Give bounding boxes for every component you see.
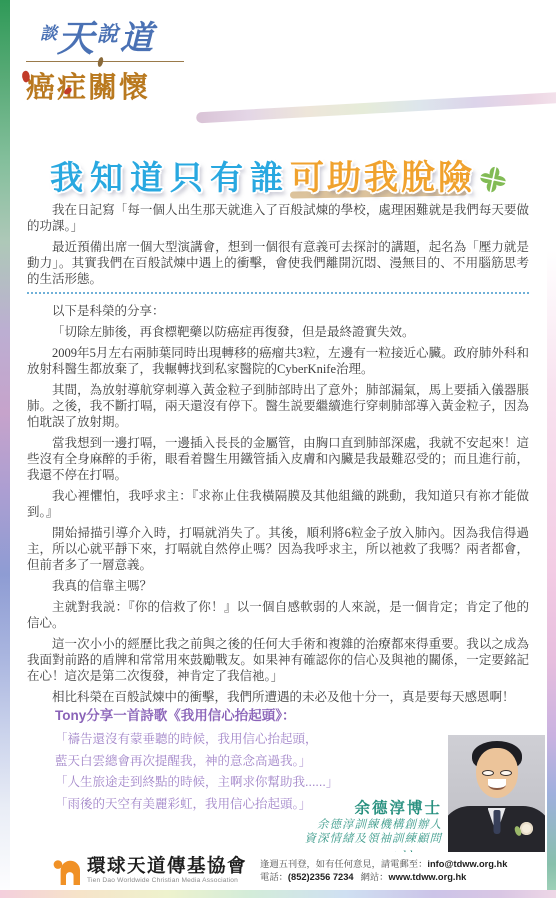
org-website-link[interactable]: www.tdww.org.hk xyxy=(388,872,466,882)
left-gradient-bar xyxy=(0,0,10,898)
paragraph: 當我想到一邊打嗝，一邊插入長長的金屬管，由胸口直到肺部深處，我就不安起來！這些沒… xyxy=(27,435,529,483)
paragraph: 2009年5月左右兩肺葉同時出現轉移的癌瘤共3粒，左邊有一粒接近心臟。政府肺外科… xyxy=(27,345,529,377)
org-name-zh: 環球天道傳基協會 xyxy=(87,857,247,876)
phone-number: (852)2356 7234 xyxy=(288,872,354,882)
song-line: 「人生旅途走到終點的時候，主啊求你幫助我......」 xyxy=(55,772,457,794)
author-title: 資深情緒及領袖訓練顧問 xyxy=(305,832,443,846)
author-name: 余德淳博士 xyxy=(305,796,443,818)
paragraph: 最近預備出席一個大型演講會，想到一個很有意義可去探討的講題，起名為「壓力就是動力… xyxy=(27,239,529,287)
footer-phone-line: 電話：(852)2356 7234網站：www.tdww.org.hk xyxy=(260,871,507,885)
feedback-text: 逢週五刊登，如有任何意見，請電郵至： xyxy=(260,859,427,869)
article-body: 我在日記寫「每一個人出生那天就進入了百般試煉的學校，處理困難就是我們每天要做的功… xyxy=(27,202,529,710)
org-name-en: Tien Dao Worldwide Christian Media Assoc… xyxy=(87,878,247,885)
song-header: Tony分享一首詩歌《我用信心抬起頭》： xyxy=(55,704,457,724)
footer: 環球天道傳基協會 Tien Dao Worldwide Christian Me… xyxy=(0,852,556,890)
song-line: 藍天白雲總會再次提醒我，神的意念高過我。」 xyxy=(55,751,457,773)
page-title: 我知道只有誰可助我脫險 xyxy=(0,150,556,199)
article-page: 談天說道 癌症關懷 我知道只有誰可助我脫險 我在日記寫「每一個人出生那天就進入了… xyxy=(0,0,556,898)
topic-title-text: 癌症關懷 xyxy=(26,72,150,104)
title-orange-text: 可助我脫險 xyxy=(290,159,475,197)
dotted-divider xyxy=(27,292,529,294)
masthead-divider xyxy=(26,61,184,62)
series-char: 說 xyxy=(97,18,118,48)
phone-label: 電話： xyxy=(260,872,288,882)
song-line: 「禱告還沒有蒙垂聽的時候，我用信心抬起頭， xyxy=(55,729,457,751)
paragraph: 我真的信靠主嗎？ xyxy=(27,578,529,594)
org-logo-icon xyxy=(52,857,80,885)
topic-title: 癌症關懷 xyxy=(26,65,206,106)
site-label: 網站： xyxy=(361,872,389,882)
portrait-glasses xyxy=(500,770,512,776)
hero-banner: 談天說道 癌症關懷 xyxy=(0,0,556,150)
footer-feedback-line: 逢週五刊登，如有任何意見，請電郵至：info@tdww.org.hk xyxy=(260,858,507,872)
right-gradient-bar xyxy=(547,250,556,890)
paragraph: 我心裡懼怕，我呼求主：『求祢止住我橫隔膜及其他組織的跳動，我知道只有祢才能做到。… xyxy=(27,488,529,520)
bottom-gradient-band xyxy=(0,890,556,898)
masthead-logo: 談天說道 癌症關懷 xyxy=(26,6,206,106)
paragraph: 「切除左肺後，再食標靶藥以防癌症再復發，但是最終證實失效。 xyxy=(27,324,529,340)
paragraph: 主就對我説：『你的信救了你！』以一個自感軟弱的人來説，是一個肯定；肯定了他的信心… xyxy=(27,599,529,631)
author-title: 余德淳訓練機構創辦人 xyxy=(305,818,443,832)
paragraph: 以下是科榮的分享： xyxy=(27,303,529,319)
paragraph: 相比科榮在百般試煉中的衝擊，我們所遭遇的未必及他十分一，真是要每天感恩啊！ xyxy=(27,689,529,705)
paragraph: 這一次小小的經歷比我之前與之後的任何大手術和複雜的治療都來得重要。我以之成為我面… xyxy=(27,636,529,684)
footer-contact: 逢週五刊登，如有任何意見，請電郵至：info@tdww.org.hk 電話：(8… xyxy=(260,858,507,885)
org-logo: 環球天道傳基協會 Tien Dao Worldwide Christian Me… xyxy=(52,857,247,885)
portrait-tie xyxy=(493,810,500,834)
title-blue-text: 我知道只有誰 xyxy=(50,159,290,196)
series-char: 談 xyxy=(40,19,57,44)
email-link[interactable]: info@tdww.org.hk xyxy=(427,859,507,869)
clover-icon xyxy=(476,164,509,201)
series-char: 天 xyxy=(57,8,94,62)
paragraph: 我在日記寫「每一個人出生那天就進入了百般試煉的學校，處理困難就是我們每天要做的功… xyxy=(27,202,529,234)
portrait-face xyxy=(476,748,518,798)
series-char: 道 xyxy=(120,12,153,59)
paragraph: 開始掃描引導介入時，打嗝就消失了。其後，順利將6粒金子放入肺內。因為我信得過主，… xyxy=(27,525,529,573)
portrait-smile xyxy=(488,779,506,790)
corsage-flower xyxy=(520,822,533,835)
series-title: 談天說道 xyxy=(26,6,206,60)
paragraph: 其間，為放射導航穿刺導入黃金粒子到肺部時出了意外；肺部漏氣，馬上要插入儀器脹肺。… xyxy=(27,382,529,430)
org-names: 環球天道傳基協會 Tien Dao Worldwide Christian Me… xyxy=(87,857,247,884)
portrait-glasses xyxy=(482,770,494,776)
